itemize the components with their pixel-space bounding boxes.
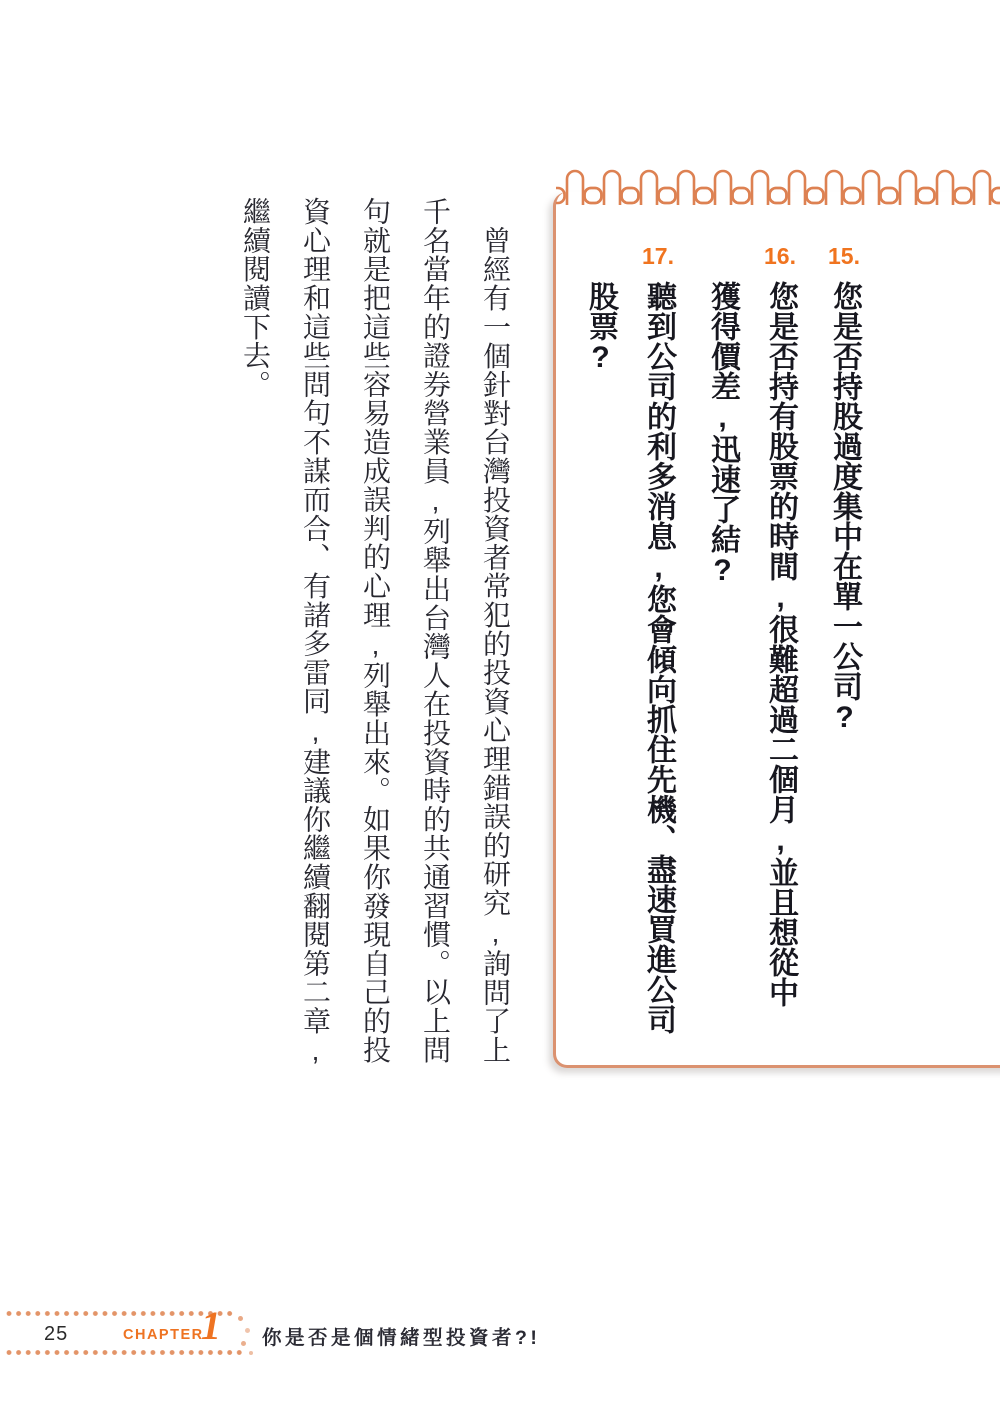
quiz-question-15: 15.您是否持股過度集中在單一公司? — [815, 281, 873, 1035]
quiz-question-16: 16.您是否持有股票的時間,很難超過二個月,並且想從中獲得價差,迅速了結? — [693, 281, 809, 1035]
chapter-title: 你是否是個情緒型投資者?! — [262, 1322, 540, 1350]
dot-decoration — [238, 1316, 243, 1321]
body-paragraph: 曾經有一個針對台灣投資者常犯的投資心理錯誤的研究,詢問了上千名當年的證券營業員,… — [205, 197, 525, 1090]
question-text: 您是否持股過度集中在單一公司? — [828, 281, 861, 734]
spiral-binding-icon — [556, 164, 1000, 212]
question-number: 15. — [818, 245, 870, 268]
question-text: 聽到公司的利多消息,您會傾向抓住先機、盡速買進公司股票? — [584, 281, 675, 1034]
page-number: 25 — [44, 1323, 68, 1346]
chapter-label: CHAPTER — [123, 1327, 204, 1343]
quiz-questions: 15.您是否持股過度集中在單一公司? 16.您是否持有股票的時間,很難超過二個月… — [561, 281, 873, 1035]
dot-decoration — [241, 1341, 246, 1346]
book-page: 15.您是否持股過度集中在單一公司? 16.您是否持有股票的時間,很難超過二個月… — [0, 0, 1000, 1423]
question-number: 17. — [632, 245, 684, 268]
question-text: 您是否持有股票的時間,很難超過二個月,並且想從中獲得價差,迅速了結? — [706, 281, 797, 1007]
question-number: 16. — [754, 245, 806, 268]
dot-decoration — [249, 1351, 253, 1355]
quiz-question-17: 17.聽到公司的利多消息,您會傾向抓住先機、盡速買進公司股票? — [571, 281, 687, 1035]
chapter-number: 1 — [201, 1306, 221, 1346]
dotted-line-bottom — [6, 1349, 242, 1356]
dot-decoration — [245, 1328, 250, 1333]
